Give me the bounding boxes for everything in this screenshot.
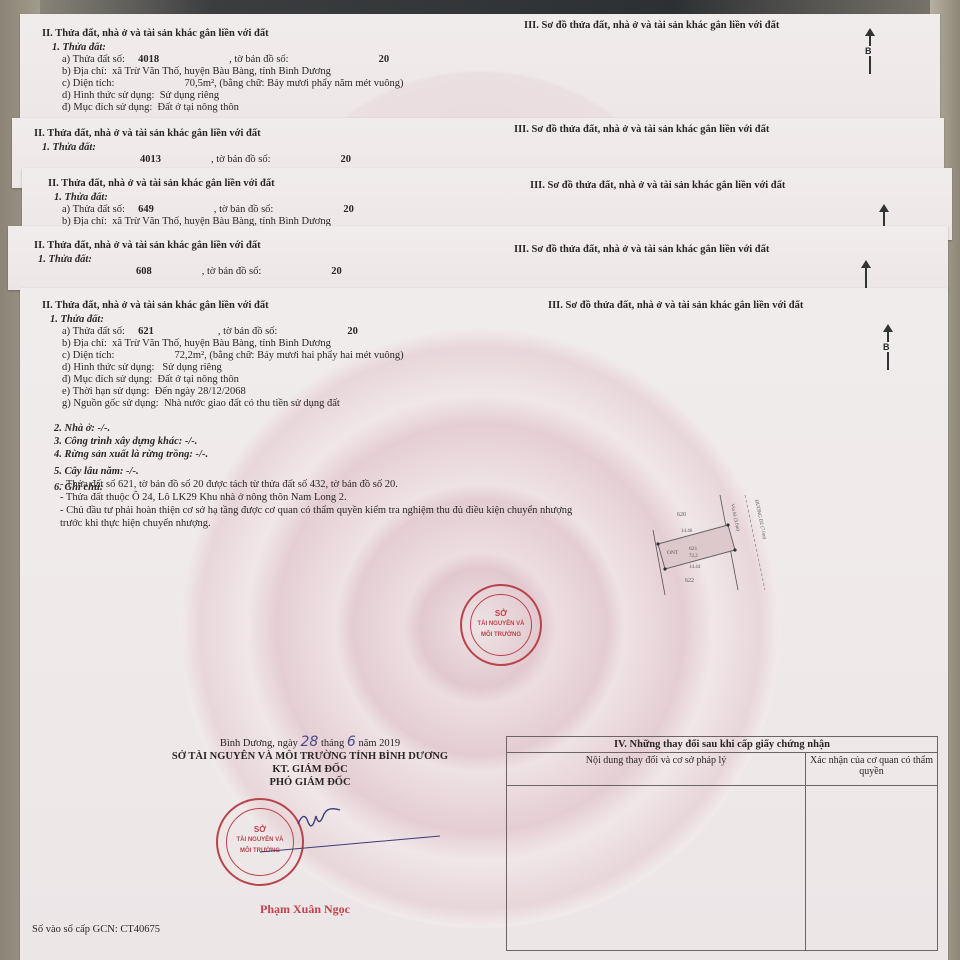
changes-col-confirmation: Xác nhận của cơ quan có thẩm quyền (806, 753, 938, 786)
parcel-subtitle: 1. Thửa đất: (42, 142, 96, 153)
north-arrow-icon (860, 260, 872, 290)
section-3-title: III. Sơ đồ thửa đất, nhà ở và tài sản kh… (530, 180, 785, 191)
address-row: b) Địa chỉ: xã Trừ Văn Thố, huyện Bàu Bà… (62, 66, 331, 77)
svg-text:621: 621 (689, 546, 698, 552)
use-form-row: d) Hình thức sử dụng: Sử dụng riêng (62, 362, 222, 373)
area-row: c) Diện tích:70,5m², (bằng chữ: Bảy mươi… (62, 78, 403, 89)
changes-table: IV. Những thay đổi sau khi cấp giấy chứn… (506, 736, 938, 951)
parcel-number-row: 608, tờ bản đồ số:20 (52, 266, 342, 277)
parcel-subtitle: 1. Thửa đất: (52, 42, 106, 53)
svg-text:14.46: 14.46 (681, 529, 693, 534)
address-row: b) Địa chỉ: xã Trừ Văn Thố, huyện Bàu Bà… (62, 338, 331, 349)
item-perennial-trees: 5. Cây lâu năm: -/-. (54, 465, 208, 478)
section-3-title: III. Sơ đồ thửa đất, nhà ở và tài sản kh… (524, 20, 779, 31)
signer-name: Phạm Xuân Ngọc (260, 902, 350, 917)
center-official-seal: SỞ TÀI NGUYÊN VÀ MÔI TRƯỜNG (460, 584, 542, 666)
use-form-row: d) Hình thức sử dụng: Sử dụng riêng (62, 90, 219, 101)
parcel-number-row: a) Thửa đất số: 4018, tờ bản đồ số:20 (62, 54, 389, 65)
svg-text:ONT: ONT (667, 550, 679, 556)
certificate-sheet-1: II. Thửa đất, nhà ở và tài sản khác gắn … (20, 14, 940, 134)
note-1: - Thửa đất số 621, tờ bản đồ số 20 được … (60, 478, 574, 491)
parcel-number-row: a) Thửa đất số: 649, tờ bản đồ số:20 (62, 204, 354, 215)
changes-cell-confirmation (806, 786, 938, 951)
item-house: 2. Nhà ở: -/-. (54, 422, 208, 435)
svg-text:620: 620 (677, 512, 686, 518)
parcel-subtitle: 1. Thửa đất: (38, 254, 92, 265)
area-row: c) Diện tích:72,2m², (bằng chữ: Bảy mươi… (62, 350, 404, 361)
note-2: - Thửa đất thuộc Ô 24, Lô LK29 Khu nhà ở… (60, 491, 574, 504)
use-purpose-row: đ) Mục đích sử dụng: Đất ở tại nông thôn (62, 102, 239, 113)
for-director: KT. GIÁM ĐỐC (140, 763, 480, 776)
parcel-subtitle: 1. Thửa đất: (54, 192, 108, 203)
north-arrow-icon: B (882, 324, 894, 372)
changes-cell-content (507, 786, 806, 951)
changes-table-title: IV. Những thay đổi sau khi cấp giấy chứn… (507, 737, 938, 753)
item-other-construction: 3. Công trình xây dựng khác: -/-. (54, 435, 208, 448)
notes-list: - Thửa đất số 621, tờ bản đồ số 20 được … (54, 478, 574, 530)
note-3: - Chủ đầu tư phải hoàn thiện cơ sở hạ tầ… (60, 504, 574, 530)
svg-text:Vỉa hè (3.0m): Vỉa hè (3.0m) (729, 503, 740, 532)
svg-text:72,2: 72,2 (689, 554, 698, 559)
place-date: Bình Dương, ngày 28 tháng 6 năm 2019 (140, 736, 480, 750)
parcel-sketch-diagram: 620 622 14.46 14.44 ONT 621 72,2 Vỉa hè … (605, 490, 785, 600)
section-3-title: III. Sơ đồ thửa đất, nhà ở và tài sản kh… (548, 300, 803, 311)
parcel-number-row: 4013, tờ bản đồ số:20 (56, 154, 351, 165)
changes-col-content: Nội dung thay đổi và cơ sở pháp lý (507, 753, 806, 786)
handwritten-signature (250, 800, 450, 860)
origin-row: g) Nguồn gốc sử dụng: Nhà nước giao đất … (62, 398, 340, 409)
section-2-title: II. Thửa đất, nhà ở và tài sản khác gắn … (42, 28, 269, 39)
section-2-title: II. Thửa đất, nhà ở và tài sản khác gắn … (34, 240, 261, 251)
section-2-title: II. Thửa đất, nhà ở và tài sản khác gắn … (48, 178, 275, 189)
svg-text:622: 622 (685, 578, 694, 584)
issuing-agency: SỞ TÀI NGUYÊN VÀ MÔI TRƯỜNG TỈNH BÌNH DƯ… (140, 750, 480, 763)
use-purpose-row: đ) Mục đích sử dụng: Đất ở tại nông thôn (62, 374, 239, 385)
section-3-title: III. Sơ đồ thửa đất, nhà ở và tài sản kh… (514, 244, 769, 255)
registry-number: Số vào sổ cấp GCN: CT40675 (32, 924, 160, 935)
north-arrow-icon: B (864, 28, 876, 76)
section-3-title: III. Sơ đồ thửa đất, nhà ở và tài sản kh… (514, 124, 769, 135)
signer-title: PHÓ GIÁM ĐỐC (140, 776, 480, 789)
section-2-title: II. Thửa đất, nhà ở và tài sản khác gắn … (34, 128, 261, 139)
parcel-subtitle: 1. Thửa đất: (50, 314, 104, 325)
signature-block: Bình Dương, ngày 28 tháng 6 năm 2019 SỞ … (140, 736, 480, 789)
certificate-sheet-main: II. Thửa đất, nhà ở và tài sản khác gắn … (20, 288, 948, 960)
use-term-row: e) Thời hạn sử dụng: Đến ngày 28/12/2068 (62, 386, 246, 397)
svg-text:14.44: 14.44 (689, 565, 701, 570)
svg-text:ĐƯỜNG D2 (7.0m): ĐƯỜNG D2 (7.0m) (753, 499, 767, 540)
item-planted-forest: 4. Rừng sản xuất là rừng trồng: -/-. (54, 448, 208, 461)
section-2-title: II. Thửa đất, nhà ở và tài sản khác gắn … (42, 300, 269, 311)
parcel-number-row: a) Thửa đất số: 621, tờ bản đồ số:20 (62, 326, 358, 337)
certificate-sheet-4: II. Thửa đất, nhà ở và tài sản khác gắn … (8, 226, 948, 290)
